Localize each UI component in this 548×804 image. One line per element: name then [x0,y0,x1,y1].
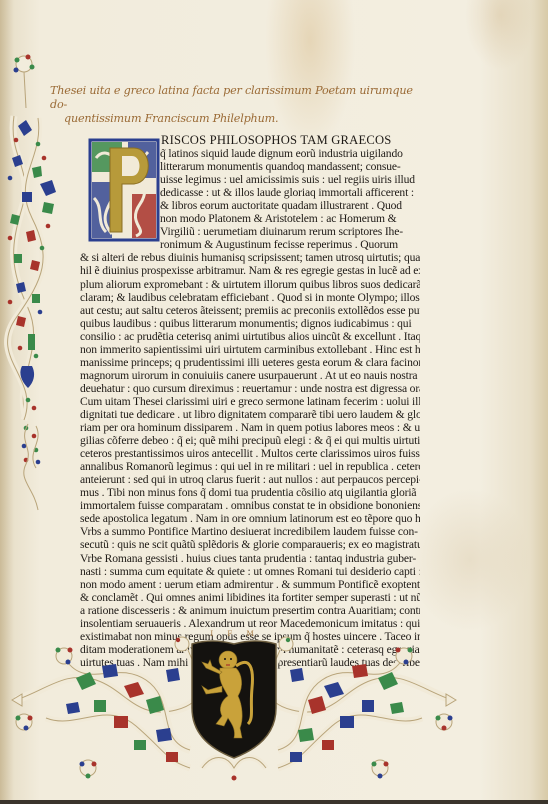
text-line-25: annalibus Romanorũ legimus : qui uel in … [80,460,420,473]
text-line-26: anteierunt : sed qui in utroq clarus fue… [80,473,420,486]
text-line-1: q̃ latinos siquid laude dignum eorũ indu… [80,147,420,160]
text-line-15: consilio : ac prudẽtia ceterisq animi ui… [80,330,420,343]
text-line-4: dedicasse : ut & illos laude gloriaq imm… [80,186,420,199]
text-line-32: Vrbe Romana gessisti . huius ciues tanta… [80,552,420,565]
text-line-30: Vrbs a summo Pontifice Martino desiuerat… [80,525,420,538]
text-line-16: non immerito sapientissimi uiri uirtutem… [80,343,420,356]
text-line-11: plum aliorum expromebant : & uirtutem il… [80,278,420,291]
rubric-line-2: quentissimum Franciscum Philelphum. [50,112,420,126]
text-line-20: Cum uitam Thesei clarissimi uiri e greco… [80,395,420,408]
text-line-12: claram; & laudibus celebratam efficieban… [80,291,420,304]
text-line-5: & libros eorum auctoritate quadam illust… [80,199,420,212]
text-line-7: Virgiliũ : uerumetiam diuinarum rerum sc… [80,225,420,238]
text-line-9: & si alteri de rebus diuinis humanisq sc… [80,251,420,264]
text-line-31: secutũ : quis ne scit quãtũ splẽdoris & … [80,538,420,551]
text-line-13: aut cestu; aut saltu ceteros ãteissent; … [80,304,420,317]
rubric-line-1: Thesei uita e greco latina facta per cla… [50,84,413,111]
text-line-27: mus . Tibi non minus fons q̃ domi tua pr… [80,486,420,499]
text-line-34: non modo ament : uerum etiam admirentur … [80,578,420,591]
text-line-6: non modo Platonem & Aristotelem : ac Hom… [80,212,420,225]
text-line-28: immortalem fuisse comparatam . omnibus c… [80,499,420,512]
manuscript-page: Thesei uita e greco latina facta per cla… [0,0,548,804]
text-line-19: deuehatur : quo cursum direximus : reuer… [80,382,420,395]
text-line-3: uisse legimus : uel amicissimis suis : u… [80,173,420,186]
text-line-2: litterarum monumentis quandoq mandassent… [80,160,420,173]
text-line-18: magnorum uirorum in conuiuiis canere usu… [80,369,420,382]
rubric-heading: Thesei uita e greco latina facta per cla… [50,84,420,126]
text-line-0: RISCOS PHILOSOPHOS TAM GRAECOS [80,134,420,147]
text-line-36: a ratione discesseris : & animum inuictu… [80,604,420,617]
body-text: RISCOS PHILOSOPHOS TAM GRAECOS q̃ latino… [80,134,420,669]
text-line-22: riam per ora hominum dissiparem . Nam in… [80,421,420,434]
text-line-37: insolentiam seruaueris . Alexandrum ut r… [80,617,420,630]
text-line-10: hil ẽ diuinius prospexisse arbitramur. N… [80,264,420,277]
text-line-35: & conclamẽt . Qui omnes animi libidines … [80,591,420,604]
text-line-8: ronimum & Augustinum fecisse reperimus .… [80,238,420,251]
page-bottom-edge [0,800,548,804]
coat-of-arms-initials: I F M [200,630,270,638]
text-line-23: gilias cõferre debeo : q̃ ei; quẽ mihi p… [80,434,420,447]
text-line-21: dignitati tue dedicare . ut libro dignit… [80,408,420,421]
coat-of-arms-lion-shield-icon [188,638,280,760]
text-line-29: sede apostolica legatum . Nam in ore omn… [80,512,420,525]
text-line-33: nasti : summa cum equitate & quiete : ut… [80,565,420,578]
text-line-17: manissime princeps; q prudentissimi illi… [80,356,420,369]
text-line-14: quibus laudibus : quibus litterarum monu… [80,317,420,330]
text-line-24: ceteros prestantissimos uiros antecellit… [80,447,420,460]
